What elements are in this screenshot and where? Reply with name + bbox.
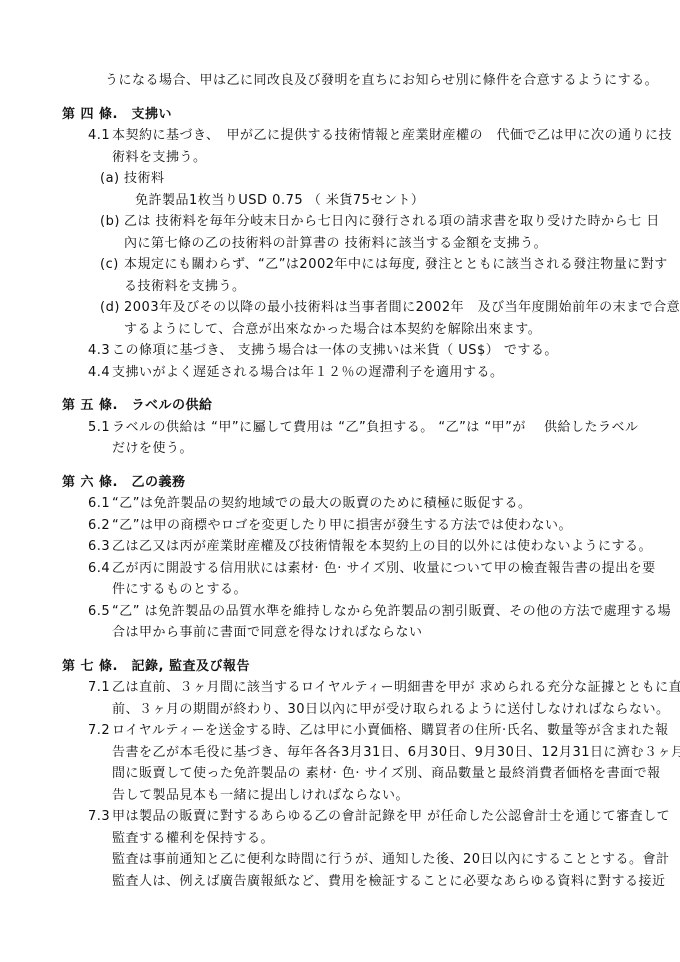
clause-text: 乙が丙に開設する信用狀には素材· 色· サイズ別、收量について甲の檢査報告書の提… [112,561,656,576]
clause-number: 7.3 [88,806,112,828]
clause-number: 6.5 [88,601,112,623]
clause-text: 2003年及びその以降の最小技術料は当事者間に2002年 及び当年度開始前年の末… [124,300,680,315]
clause-text: 本規定にも關わらず、“乙”は2002年中には毎度, 發注とともに該当される發注物… [124,257,668,272]
clause-line: (a)技術料 [0,168,680,190]
clause-text: “乙”は免許製品の契約地域での最大の販賣のために積極に販促する。 [112,496,531,511]
intro-continuation-line: うになる場合、甲は乙に同改良及び發明を直ちにお知らせ別に條件を合意するようにする… [0,70,680,92]
clause-text: 間に販賣して使った免許製品の 素材· 色· サイズ別、商品數量と最終消費者価格を… [112,766,661,781]
clause-text: 件にするものとする。 [112,582,247,597]
clause-continuation-line: 合は甲から事前に書面で同意を得なければならない [0,622,680,644]
clause-line: 6.2“乙”は甲の商標やロゴを変更したり甲に損害が發生する方法では使わない。 [0,515,680,537]
clause-text: 監査人は、例えば廣告廣報紙など、費用を檢証することに必要なあらゆる資料に對する接… [112,874,666,889]
clause-number: (c) [100,254,124,276]
document-body: 第 四 條. 支拂い4.1本契約に基づき、 甲が乙に提供する技術情報と産業財産權… [0,104,680,893]
section-heading: 第 五 條. ラベルの供給 [0,395,680,417]
clause-number: 4.3 [88,340,112,362]
clause-text: 內に第七條の乙の技術料の計算書の 技術料に該当する金額を支拂う。 [124,236,547,251]
clause-text: 支拂いがよく遅延される場合は年１２％の遅滯利子を適用する。 [112,365,504,380]
clause-line: (b)乙は 技術料を毎年分岐末日から七日內に發行される項の請求書を取り受けた時か… [0,211,680,233]
clause-number: 6.4 [88,558,112,580]
clause-continuation-line: だけを使う。 [0,438,680,460]
clause-text: ロイヤルティーを送金する時、乙は甲に小賣価格、購買者の住所·氏名、數量等が含まれ… [112,723,669,738]
clause-text: するようにして、合意が出來なかった場合は本契約を解除出來ます。 [124,322,541,337]
clause-text: 監査する權利を保持する。 [112,831,274,846]
clause-continuation-line: 術料を支拂う。 [0,147,680,169]
clause-text: る技術料を支拂う。 [124,279,246,294]
clause-number: (b) [100,211,124,233]
clause-text: だけを使う。 [112,441,193,456]
clause-line: (d)2003年及びその以降の最小技術料は当事者間に2002年 及び当年度開始前… [0,297,680,319]
contract-section: 第 四 條. 支拂い4.1本契約に基づき、 甲が乙に提供する技術情報と産業財産權… [0,104,680,384]
clause-line: 6.4乙が丙に開設する信用狀には素材· 色· サイズ別、收量について甲の檢査報告… [0,558,680,580]
clause-text: 甲は製品の販賣に對するあらゆる乙の會計記錄を甲 が任命した公認會計士を通じて審査… [112,809,670,824]
clause-text: 前、３ヶ月の期間が終わり、30日以內に甲が受け取られるように送付しなければならな… [112,702,670,717]
clause-number: 6.3 [88,536,112,558]
clause-text: “乙” は免許製品の品質水準を維持しなから免許製品の割引販賣、その他の方法で處理… [112,604,671,619]
clause-continuation-line: 告書を乙が本毛役に基づき、毎年各各3月31日、6月30日、9月30日、12月31… [0,742,680,764]
clause-text: “乙”は甲の商標やロゴを変更したり甲に損害が發生する方法では使わない。 [112,518,572,533]
clause-text: 乙は乙又は丙が産業財産權及び技術情報を本契約上の目的以外には使わないようにする。 [112,539,652,554]
clause-text: 術料を支拂う。 [112,150,207,165]
contract-section: 第 六 條. 乙の義務6.1“乙”は免許製品の契約地域での最大の販賣のために積極… [0,472,680,644]
clause-text: 乙は 技術料を毎年分岐末日から七日內に發行される項の請求書を取り受けた時から七 … [124,214,660,229]
clause-line: 4.4支拂いがよく遅延される場合は年１２％の遅滯利子を適用する。 [0,362,680,384]
clause-continuation-line: 告して製品見本も一緒に提出しければならない。 [0,785,680,807]
clause-text: 告書を乙が本毛役に基づき、毎年各各3月31日、6月30日、9月30日、12月31… [112,745,680,760]
section-heading: 第 四 條. 支拂い [0,104,680,126]
clause-number: 6.1 [88,493,112,515]
clause-line: 6.1“乙”は免許製品の契約地域での最大の販賣のために積極に販促する。 [0,493,680,515]
clause-text: この條項に基づき、 支拂う場合は一体の支拂いは米貨（ US$） でする。 [112,343,558,358]
clause-line: 4.1本契約に基づき、 甲が乙に提供する技術情報と産業財産權の 代価で乙は甲に次… [0,125,680,147]
clause-continuation-line: る技術料を支拂う。 [0,276,680,298]
clause-line: (c)本規定にも關わらず、“乙”は2002年中には毎度, 發注とともに該当される… [0,254,680,276]
clause-continuation-line: 間に販賣して使った免許製品の 素材· 色· サイズ別、商品數量と最終消費者価格を… [0,763,680,785]
contract-section: 第 七 條. 記錄, 監査及び報告7.1乙は直前、３ヶ月間に該当するロイヤルティ… [0,656,680,893]
contract-section: 第 五 條. ラベルの供給5.1ラベルの供給は “甲”に屬して費用は “乙”負担… [0,395,680,460]
clause-continuation-line: するようにして、合意が出來なかった場合は本契約を解除出來ます。 [0,319,680,341]
clause-text: 免許製品1枚当りUSD 0.75 （ 米貨75セント） [135,193,424,208]
section-heading: 第 六 條. 乙の義務 [0,472,680,494]
clause-continuation-line: 前、３ヶ月の期間が終わり、30日以內に甲が受け取られるように送付しなければならな… [0,699,680,721]
clause-continuation-line: 監査する權利を保持する。 [0,828,680,850]
clause-text: 監査は事前通知と乙に便利な時間に行うが、通知した後、20日以內にすることとする。… [112,852,670,867]
clause-text: ラベルの供給は “甲”に屬して費用は “乙”負担する。 “乙”は “甲”が 供給… [112,420,639,435]
clause-number: (a) [100,168,124,190]
clause-line: 4.3この條項に基づき、 支拂う場合は一体の支拂いは米貨（ US$） でする。 [0,340,680,362]
clause-number: 7.2 [88,720,112,742]
clause-continuation-line: 監査は事前通知と乙に便利な時間に行うが、通知した後、20日以內にすることとする。… [0,849,680,871]
clause-text: 告して製品見本も一緒に提出しければならない。 [112,788,409,803]
clause-number: 4.1 [88,125,112,147]
clause-line: 6.5“乙” は免許製品の品質水準を維持しなから免許製品の割引販賣、その他の方法… [0,601,680,623]
clause-number: 5.1 [88,417,112,439]
clause-text: 本契約に基づき、 甲が乙に提供する技術情報と産業財産權の 代価で乙は甲に次の通り… [112,128,672,143]
clause-line: 5.1ラベルの供給は “甲”に屬して費用は “乙”負担する。 “乙”は “甲”が… [0,417,680,439]
clause-text: 乙は直前、３ヶ月間に該当するロイヤルティー明細書を甲が 求められる充分な証據とと… [112,680,680,695]
clause-continuation-line: 監査人は、例えば廣告廣報紙など、費用を檢証することに必要なあらゆる資料に對する接… [0,871,680,893]
clause-line: 7.2ロイヤルティーを送金する時、乙は甲に小賣価格、購買者の住所·氏名、數量等が… [0,720,680,742]
section-heading: 第 七 條. 記錄, 監査及び報告 [0,656,680,678]
clause-continuation-line: 件にするものとする。 [0,579,680,601]
clause-line: 7.3甲は製品の販賣に對するあらゆる乙の會計記錄を甲 が任命した公認會計士を通じ… [0,806,680,828]
clause-continuation-line: 內に第七條の乙の技術料の計算書の 技術料に該当する金額を支拂う。 [0,233,680,255]
document-page: うになる場合、甲は乙に同改良及び發明を直ちにお知らせ別に條件を合意するようにする… [0,0,680,962]
clause-text: 技術料 [124,171,165,186]
clause-number: 6.2 [88,515,112,537]
clause-line: 6.3乙は乙又は丙が産業財産權及び技術情報を本契約上の目的以外には使わないように… [0,536,680,558]
clause-number: (d) [100,297,124,319]
clause-number: 4.4 [88,362,112,384]
clause-continuation-line: 免許製品1枚当りUSD 0.75 （ 米貨75セント） [0,190,680,212]
clause-text: 合は甲から事前に書面で同意を得なければならない [112,625,423,640]
clause-number: 7.1 [88,677,112,699]
clause-line: 7.1乙は直前、３ヶ月間に該当するロイヤルティー明細書を甲が 求められる充分な証… [0,677,680,699]
